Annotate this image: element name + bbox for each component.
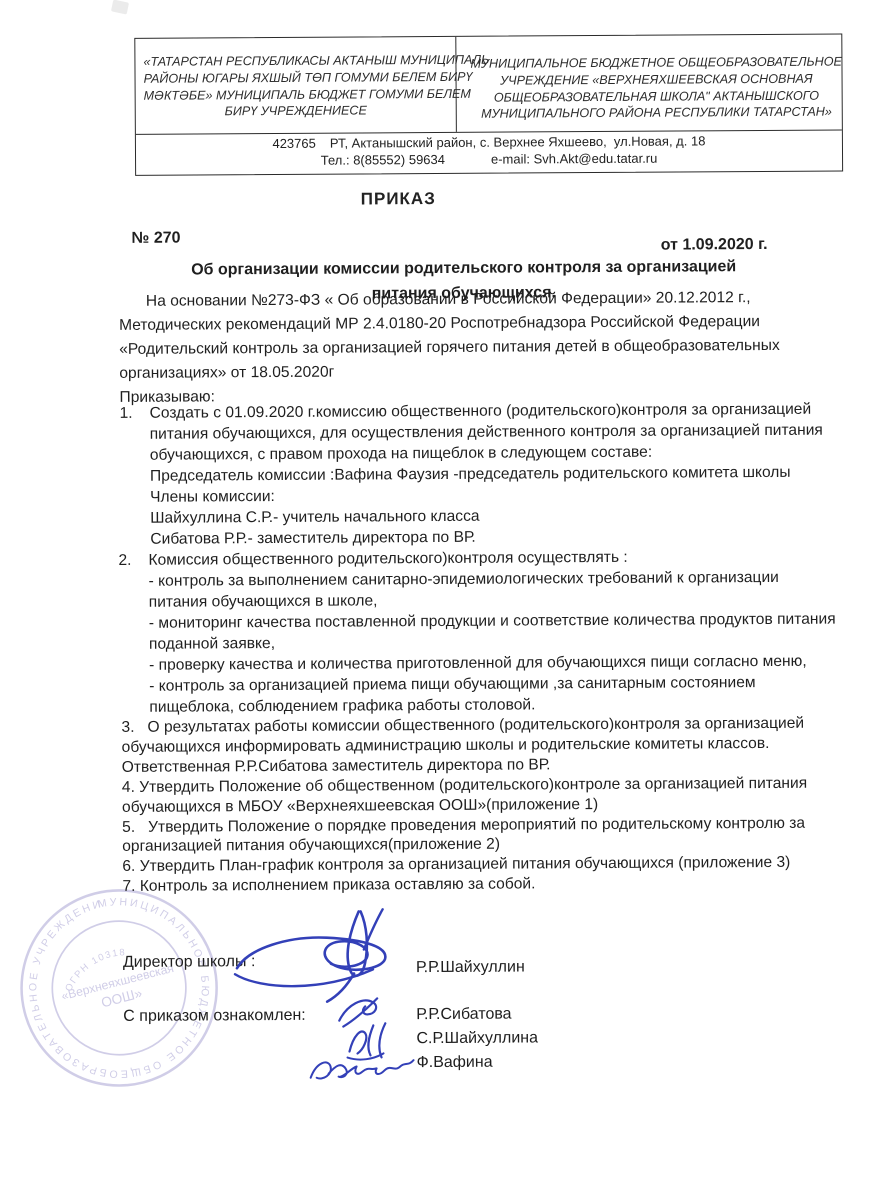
item-line: Председатель комиссии :Вафина Фаузия -пр… (150, 462, 823, 487)
preamble-line: «Родительский контроль за организацией г… (119, 334, 780, 362)
zip-code: 423765 (272, 136, 315, 153)
org-name-tatar-line: «ТАТАРСТАН РЕСПУБЛИКАСЫ АКТАНЫШ МУНИЦИПА… (143, 52, 447, 71)
acknowledged-label: С приказом ознакомлен: (123, 1007, 306, 1026)
order-date: от 1.09.2020 г. (661, 236, 768, 255)
letterhead-org-row: «ТАТАРСТАН РЕСПУБЛИКАСЫ АКТАНЫШ МУНИЦИПА… (135, 35, 842, 134)
acknowledged-name: Р.Р.Сибатова (416, 1006, 511, 1025)
org-name-russian: МУНИЦИПАЛЬНОЕ БЮДЖЕТНОЕ ОБЩЕОБРАЗОВАТЕЛЬ… (456, 34, 856, 132)
order-preamble: На основании №273-ФЗ « Об образовании в … (119, 286, 780, 410)
org-name-russian-line: МУНИЦИПАЛЬНОГО РАЙОНА РЕСПУБЛИКИ ТАТАРСТ… (471, 104, 843, 123)
acknowledged-name: С.Р.Шайхуллина (416, 1029, 538, 1048)
phone-number: Тел.: 8(85552) 59634 (321, 152, 445, 170)
phone-email-line: Тел.: 8(85552) 59634 e-mail: Svh.Akt@edu… (136, 150, 842, 171)
item-line: обучающихся информировать администрацию … (122, 734, 807, 758)
document-title: ПРИКАЗ (0, 187, 798, 212)
order-item-2: 2. Комиссия общественного родительского)… (118, 546, 836, 718)
school-round-stamp-icon: МУНИЦИПАЛЬНОЕ БЮДЖЕТНОЕ ОБЩЕОБРАЗОВАТЕЛЬ… (0, 859, 248, 1117)
order-number: № 270 (131, 230, 180, 248)
org-name-russian-line: МУНИЦИПАЛЬНОЕ БЮДЖЕТНОЕ ОБЩЕОБРАЗОВАТЕЛЬ… (470, 54, 842, 73)
item-line: 4. Утвердить Положение об общественном (… (122, 773, 807, 797)
vafina-signature-icon (306, 1049, 418, 1092)
item-line: - контроль за организацией приема пищи о… (149, 672, 836, 697)
item-text: Комиссия общественного родительского)кон… (148, 546, 836, 718)
email-address: e-mail: Svh.Akt@edu.tatar.ru (491, 151, 657, 169)
letterhead-table: «ТАТАРСТАН РЕСПУБЛИКАСЫ АКТАНЫШ МУНИЦИПА… (134, 34, 843, 176)
order-items-3-to-7: 3. О результатах работы комиссии обществ… (121, 714, 807, 897)
acknowledged-name: Ф.Вафина (417, 1054, 493, 1072)
item-line: - мониторинг качества поставленной проду… (149, 609, 836, 634)
item-line: питания обучающихся, для осуществления д… (150, 420, 823, 445)
org-name-tatar: «ТАТАРСТАН РЕСПУБЛИКАСЫ АКТАНЫШ МУНИЦИПА… (135, 37, 457, 134)
document-content: МУНИЦИПАЛЬНОЕ БЮДЖЕТНОЕ ОБЩЕОБРАЗОВАТЕЛЬ… (0, 0, 873, 1200)
order-subject-line: Об организации комиссии родительского ко… (124, 254, 804, 283)
director-signature-icon (231, 903, 414, 1006)
item-number: 2. (118, 550, 149, 718)
order-item-1: 1. Создать с 01.09.2020 г.комиссию общес… (120, 399, 824, 550)
item-text: Создать с 01.09.2020 г.комиссию обществе… (150, 399, 824, 550)
item-line: 7. Контроль за исполнением приказа остав… (122, 873, 807, 897)
letterhead-contact-row: 423765 РТ, Актанышский район, с. Верхнее… (136, 130, 842, 175)
org-name-russian-line: УЧРЕЖДЕНИЕ «ВЕРХНЕЯХШЕЕВСКАЯ ОСНОВНАЯ (471, 70, 843, 89)
item-line: - контроль за выполнением санитарно-эпид… (149, 567, 836, 592)
item-number: 1. (120, 403, 151, 550)
org-name-tatar-line: МӘКТӘБЕ» МУНИЦИПАЛЬ БЮДЖЕТ ГОМУМИ БЕЛЕМ (144, 86, 448, 105)
org-name-tatar-line: РАЙОНЫ ЮГАРЫ ЯХШЫЙ ТӨП ГОМУМИ БЕЛЕМ БИРҮ (143, 69, 447, 88)
scanned-order-page: МУНИЦИПАЛЬНОЕ БЮДЖЕТНОЕ ОБЩЕОБРАЗОВАТЕЛЬ… (0, 0, 873, 1200)
org-name-tatar-line: БИРҮ УЧРЕЖДЕНИЕСЕ (144, 102, 448, 121)
director-name: Р.Р.Шайхуллин (416, 958, 525, 977)
